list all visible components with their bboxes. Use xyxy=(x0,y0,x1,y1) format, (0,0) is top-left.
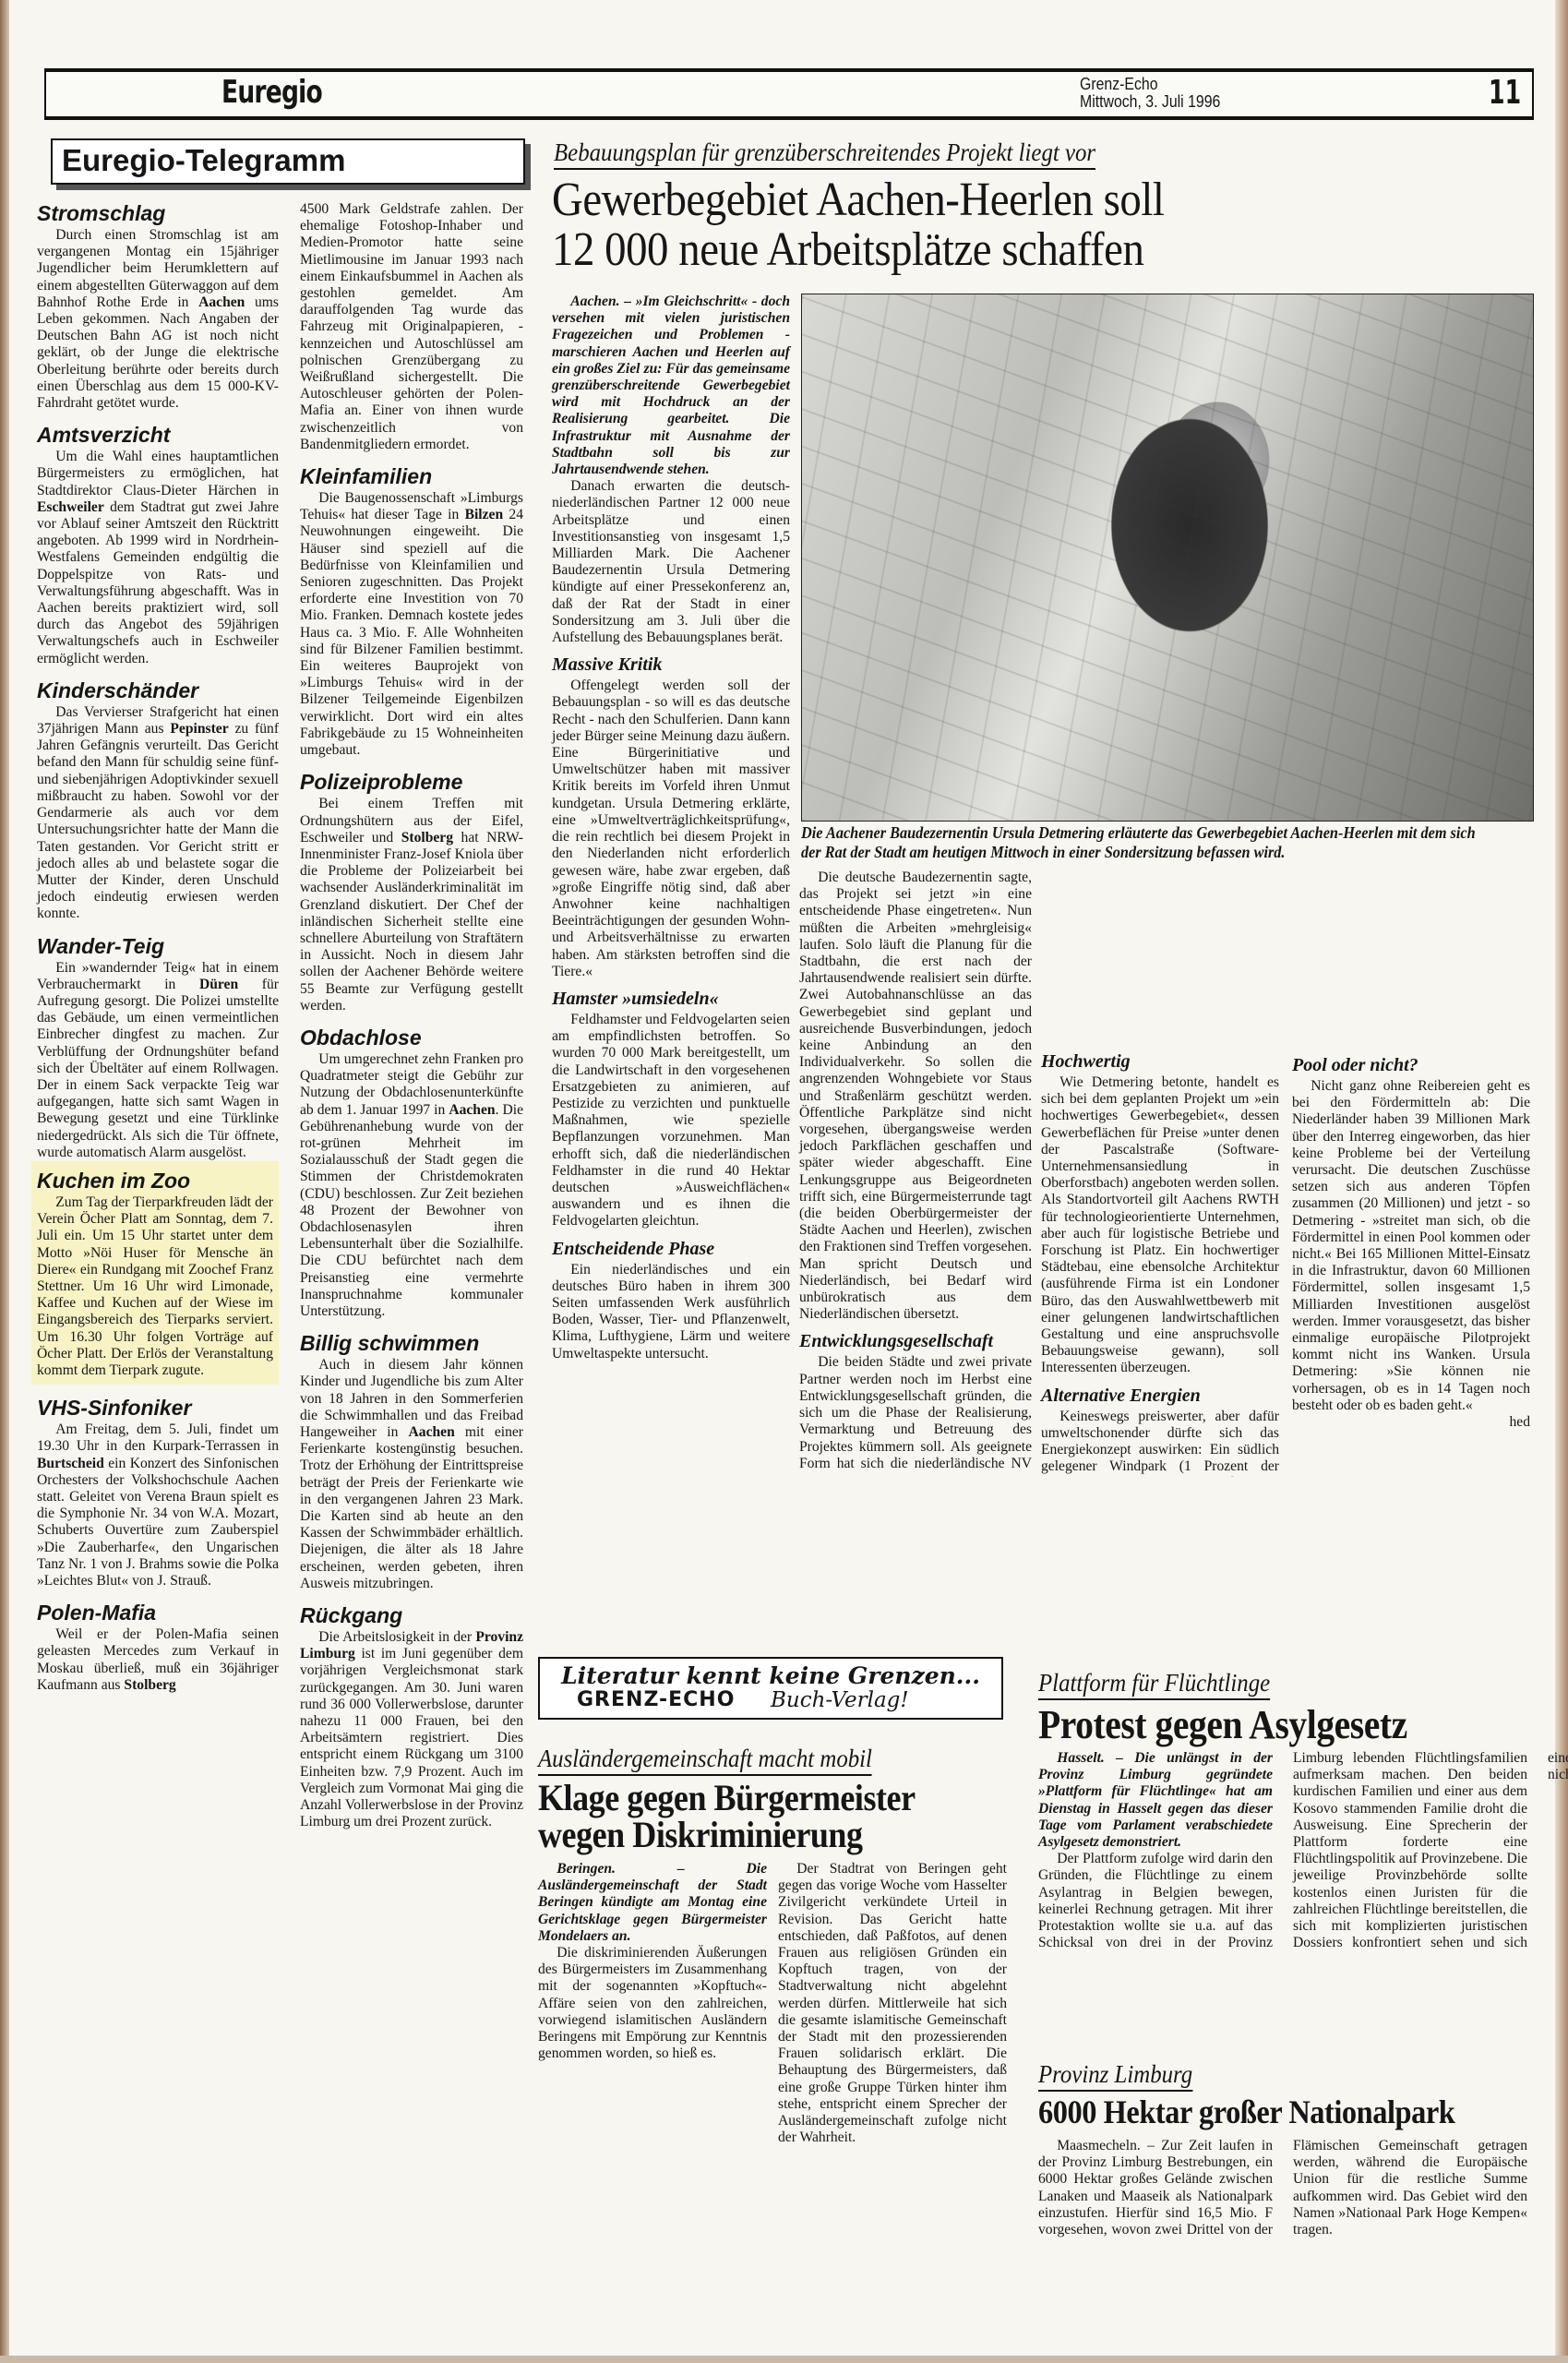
telegramm-item: Stromschlag Durch einen Stromschlag ist … xyxy=(37,201,279,412)
item-body: Um umgerechnet zehn Franken pro Quadratm… xyxy=(300,1051,523,1320)
main-article-column-1: Aachen. – »Im Gleichschritt« - doch vers… xyxy=(552,294,790,1362)
asyl-lead: Hasselt. – Die unlängst in der Provinz L… xyxy=(1038,1750,1273,1851)
klage-kicker: Ausländergemeinschaft macht mobil xyxy=(538,1745,872,1776)
paragraph: Keineswegs preiswerter, aber dafür umwel… xyxy=(1041,1409,1279,1477)
park-headline: 6000 Hektar großer Nationalpark xyxy=(1038,2093,1454,2130)
paragraph: Feldhamster und Feldvogelarten seien am … xyxy=(552,1012,790,1230)
item-heading: Kuchen im Zoo xyxy=(37,1169,273,1193)
main-article-kicker: Bebauungsplan für grenzüberschreitendes … xyxy=(554,138,1095,170)
subheading: Entwicklungsgesellschaft xyxy=(799,1330,1032,1352)
park-body: Maasmecheln. – Zur Zeit laufen in der Pr… xyxy=(1038,2138,1527,2276)
paragraph: Der Stadtrat von Beringen geht gegen das… xyxy=(778,1861,1007,2146)
paragraph: Ein niederländisches und ein deutsches B… xyxy=(552,1262,790,1362)
paragraph: Maasmecheln. – Zur Zeit laufen in der Pr… xyxy=(1038,2138,1527,2238)
page-edge-left xyxy=(0,0,9,2363)
klage-column-1: Beringen. – Die Ausländergemeinschaft de… xyxy=(538,1861,767,2062)
photo-map-texture xyxy=(802,294,1533,821)
telegramm-item: Wander-Teig Ein »wandernder Teig« hat in… xyxy=(37,934,279,1161)
paragraph: Nicht ganz ohne Reibereien geht es bei d… xyxy=(1292,1078,1530,1414)
paper-name: Grenz-Echo xyxy=(1080,76,1220,93)
telegramm-column-2: 4500 Mark Geldstrafe zahlen. Der ehemali… xyxy=(300,201,523,1830)
item-heading: Polen-Mafia xyxy=(37,1601,279,1625)
park-kicker: Provinz Limburg xyxy=(1038,2060,1192,2092)
telegramm-item: Kleinfamilien Die Baugenossenschaft »Lim… xyxy=(300,464,523,759)
item-body: Die Baugenossenschaft »Limburgs Tehuis« … xyxy=(300,490,523,759)
item-heading: VHS-Sinfoniker xyxy=(37,1396,279,1420)
telegramm-item: Amtsverzicht Um die Wahl eines hauptamtl… xyxy=(37,423,279,667)
main-article-column-4: Pool oder nicht? Nicht ganz ohne Reibere… xyxy=(1292,870,1530,1431)
klage-column-2: Der Stadtrat von Beringen geht gegen das… xyxy=(778,1861,1007,2146)
page-edge-right xyxy=(1555,0,1568,2363)
ad-tagline: Buch-Verlag! xyxy=(771,1688,909,1712)
item-body: Durch einen Stromschlag ist am vergangen… xyxy=(37,227,279,412)
paragraph: Offengelegt werden soll der Bebauungspla… xyxy=(552,678,790,980)
item-body: Weil er der Polen-Mafia seinen geleasten… xyxy=(37,1626,279,1694)
item-body: Um die Wahl eines hauptamtlichen Bürgerm… xyxy=(37,449,279,667)
asyl-headline: Protest gegen Asylgesetz xyxy=(1038,1704,1407,1746)
telegramm-item: Polizeiprobleme Bei einem Treffen mit Or… xyxy=(300,770,523,1014)
subheading: Entscheidende Phase xyxy=(552,1238,790,1260)
paragraph: Die diskriminierenden Äußerungen des Bür… xyxy=(538,1945,767,2062)
main-article-column-2: Die deutsche Baudezernentin sagte, das P… xyxy=(799,870,1032,1472)
telegramm-title-box: Euregio-Telegramm xyxy=(51,138,525,185)
asyl-kicker: Plattform für Flüchtlinge xyxy=(1038,1669,1270,1700)
paragraph: Die deutsche Baudezernentin sagte, das P… xyxy=(799,870,1032,1323)
item-heading: Polizeiprobleme xyxy=(300,770,523,794)
paragraph: Wie Detmering betonte, handelt es sich b… xyxy=(1041,1074,1279,1377)
subheading: Hamster »umsiedeln« xyxy=(552,988,790,1010)
item-heading: Wander-Teig xyxy=(37,934,279,958)
klage-headline: Klage gegen Bürgermeister wegen Diskrimi… xyxy=(538,1780,916,1853)
telegramm-item: Obdachlose Um umgerechnet zehn Franken p… xyxy=(300,1026,523,1320)
ad-brand: GRENZ-ECHO xyxy=(577,1688,735,1711)
item-heading: Billig schwimmen xyxy=(300,1331,523,1355)
telegramm-item: Polen-Mafia Weil er der Polen-Mafia sein… xyxy=(37,1601,279,1694)
item-body: Bei einem Treffen mit Ordnungshütern aus… xyxy=(300,796,523,1014)
item-body: Auch in diesem Jahr können Kinder und Ju… xyxy=(300,1357,523,1592)
paragraph: Danach erwarten die deutsch-niederländis… xyxy=(552,478,790,646)
page-edge-bottom xyxy=(0,2356,1568,2363)
author-byline: hed xyxy=(1292,1414,1530,1431)
item-body-continued: 4500 Mark Geldstrafe zahlen. Der ehemali… xyxy=(300,201,523,453)
item-heading: Rückgang xyxy=(300,1603,523,1627)
telegramm-item: Kinderschänder Das Vervierser Strafgeric… xyxy=(37,678,279,923)
item-body: Die Arbeitslosigkeit in der Provinz Limb… xyxy=(300,1629,523,1830)
asyl-body: Hasselt. – Die unlängst in der Provinz L… xyxy=(1038,1750,1527,1964)
item-heading: Amtsverzicht xyxy=(37,423,279,447)
item-heading: Stromschlag xyxy=(37,201,279,225)
page-header: Euregio Grenz-Echo Mittwoch, 3. Juli 199… xyxy=(44,68,1534,120)
book-publisher-ad[interactable]: Literatur kennt keine Grenzen... GRENZ-E… xyxy=(538,1657,1003,1720)
telegramm-item: Rückgang Die Arbeitslosigkeit in der Pro… xyxy=(300,1603,523,1830)
paper-info: Grenz-Echo Mittwoch, 3. Juli 1996 xyxy=(1080,76,1220,111)
section-title: Euregio xyxy=(221,74,322,111)
item-heading: Kleinfamilien xyxy=(300,464,523,488)
photo-caption: Die Aachener Baudezernentin Ursula Detme… xyxy=(801,823,1481,862)
item-body: Zum Tag der Tierparkfreuden lädt der Ver… xyxy=(37,1194,273,1379)
item-body: Am Freitag, dem 5. Juli, findet um 19.30… xyxy=(37,1421,279,1589)
telegramm-title: Euregio-Telegramm xyxy=(62,143,345,178)
paragraph: Die beiden Städte und zwei private Partn… xyxy=(799,1354,1032,1472)
telegramm-column-1: Stromschlag Durch einen Stromschlag ist … xyxy=(37,201,279,1694)
main-article-headline: Gewerbegebiet Aachen-Heerlen soll 12 000… xyxy=(552,175,1164,275)
article-photo xyxy=(801,294,1534,822)
telegramm-item: VHS-Sinfoniker Am Freitag, dem 5. Juli, … xyxy=(37,1396,279,1589)
item-heading: Obdachlose xyxy=(300,1026,523,1050)
item-body: Das Vervierser Strafgericht hat einen 37… xyxy=(37,704,279,923)
page-number: 11 xyxy=(1489,74,1521,112)
telegramm-item: Billig schwimmen Auch in diesem Jahr kön… xyxy=(300,1331,523,1592)
klage-lead: Beringen. – Die Ausländergemeinschaft de… xyxy=(538,1861,767,1945)
subheading: Hochwertig xyxy=(1041,1050,1279,1073)
item-heading: Kinderschänder xyxy=(37,678,279,702)
main-article-lead: Aachen. – »Im Gleichschritt« - doch vers… xyxy=(552,294,790,478)
item-body: Ein »wandernder Teig« hat in einem Verbr… xyxy=(37,960,279,1161)
telegramm-item-highlighted: Kuchen im Zoo Zum Tag der Tierparkfreude… xyxy=(31,1161,279,1385)
ad-slogan: Literatur kennt keine Grenzen... xyxy=(540,1662,1001,1689)
subheading: Alternative Energien xyxy=(1041,1385,1279,1407)
issue-date: Mittwoch, 3. Juli 1996 xyxy=(1080,93,1220,111)
subheading: Pool oder nicht? xyxy=(1292,1054,1530,1076)
subheading: Massive Kritik xyxy=(552,654,790,676)
main-article-column-3: Hochwertig Wie Detmering betonte, handel… xyxy=(1041,870,1279,1477)
